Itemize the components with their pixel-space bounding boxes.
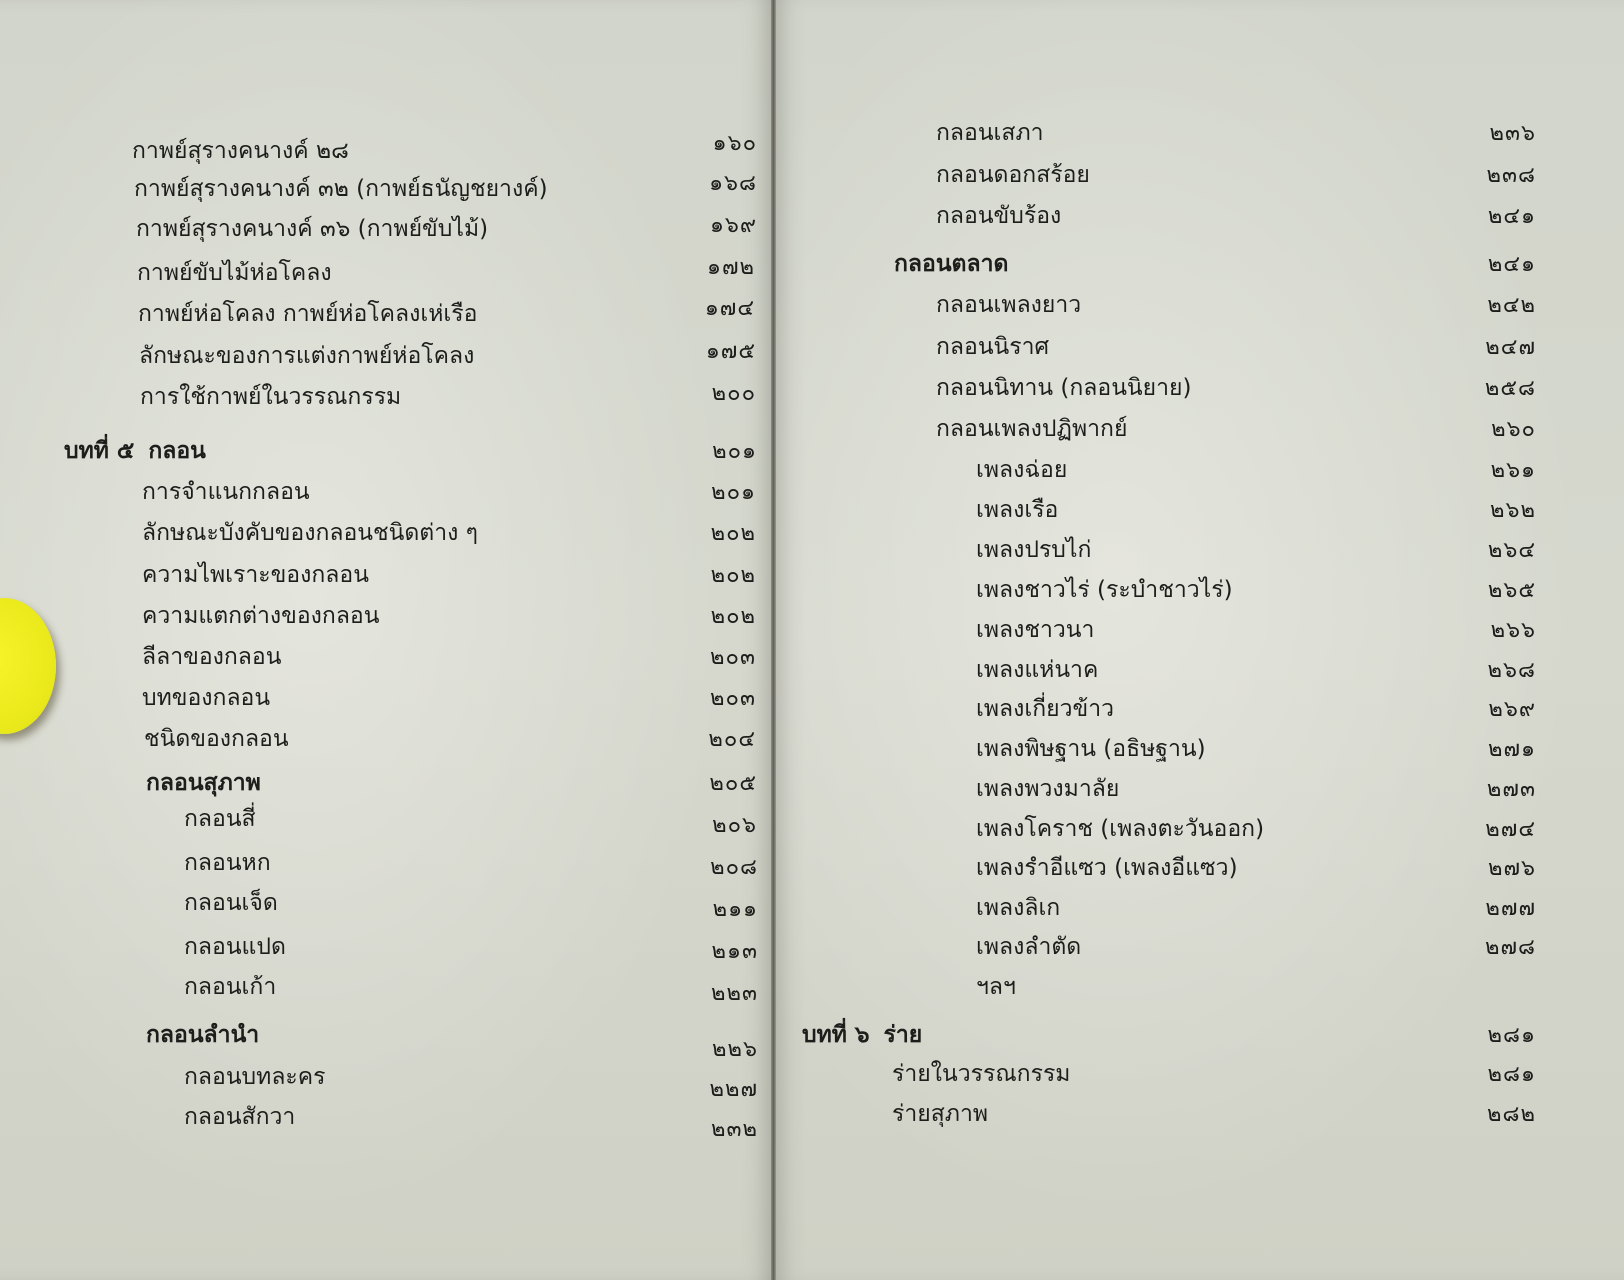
entry-page: ๒๐๑ xyxy=(712,437,757,467)
entry-page: ๒๔๗ xyxy=(1485,333,1536,363)
entry-page: ๒๖๔ xyxy=(1488,536,1536,566)
entry-title: กลอนเสภา xyxy=(936,118,1044,148)
toc-entry[interactable]: เพลงลิเก ๒๗๗ xyxy=(976,893,1536,924)
entry-page: ๒๐๓ xyxy=(710,684,756,714)
entry-page: ๑๖๐ xyxy=(713,129,757,159)
toc-entry[interactable]: กลอนเก้า ๒๒๓ xyxy=(184,978,758,1009)
entry-page: ๒๐๒ xyxy=(711,602,756,632)
entry-title: เพลงชาวไร่ (ระบำชาวไร่) xyxy=(976,575,1233,605)
chapter-title: ร่าย xyxy=(884,1020,923,1050)
entry-page: ๒๗๑ xyxy=(1488,735,1536,765)
entry-page: ๒๖๑ xyxy=(1491,456,1536,486)
toc-entry[interactable]: เพลงปรบไก่ ๒๖๔ xyxy=(976,535,1536,566)
entry-title: ลีลาของกลอน xyxy=(142,642,281,672)
entry-page: ๒๗๔ xyxy=(1485,815,1536,845)
toc-entry[interactable]: กลอนขับร้อง ๒๔๑ xyxy=(936,201,1536,232)
toc-section[interactable]: กลอนลำนำ ๒๒๖ xyxy=(146,1034,758,1065)
entry-page: ๒๖๐ xyxy=(1491,415,1536,445)
entry-title: การจำแนกกลอน xyxy=(142,477,310,507)
entry-title: ชนิดของกลอน xyxy=(144,724,289,754)
toc-entry[interactable]: กาพย์สุรางคนางค์ ๒๘ ๑๖๐ xyxy=(132,128,757,159)
entry-page: ๒๓๖ xyxy=(1489,119,1536,149)
entry-title: กลอนเก้า xyxy=(184,972,276,1002)
entry-page: ๒๐๖ xyxy=(712,811,757,841)
entry-title: กลอนนิราศ xyxy=(936,332,1049,362)
toc-entry[interactable]: กาพย์สุรางคนางค์ ๓๖ (กาพย์ขับไม้) ๑๖๙ xyxy=(136,210,757,241)
entry-page: ๒๓๘ xyxy=(1486,161,1536,191)
toc-section[interactable]: กลอนสุภาพ ๒๐๕ xyxy=(146,768,757,799)
entry-page: ๒๒๗ xyxy=(709,1075,758,1105)
entry-page: ๒๐๒ xyxy=(711,519,756,549)
entry-title: กลอนบทละคร xyxy=(184,1062,326,1092)
entry-page: ๒๐๓ xyxy=(710,643,756,673)
entry-title: กลอนขับร้อง xyxy=(936,201,1061,231)
entry-title: เพลงลำตัด xyxy=(976,932,1081,962)
entry-page: ๒๐๒ xyxy=(711,561,756,591)
entry-title: กลอนสี่ xyxy=(184,804,256,834)
toc-entry[interactable]: เพลงโคราช (เพลงตะวันออก) ๒๗๔ xyxy=(976,814,1536,845)
toc-entry[interactable]: กลอนหก ๒๐๘ xyxy=(184,852,758,883)
entry-page: ๒๒๖ xyxy=(712,1035,758,1065)
toc-entry[interactable]: กาพย์สุรางคนางค์ ๓๒ (กาพย์ธนัญชยางค์) ๑๖… xyxy=(134,168,757,199)
entry-page: ๒๐๕ xyxy=(709,769,757,799)
chapter-label: บทที่ ๕ xyxy=(64,438,134,464)
toc-section[interactable]: กลอนตลาด ๒๔๑ xyxy=(894,249,1536,280)
entry-title: กลอนเจ็ด xyxy=(184,888,278,918)
chapter-label: บทที่ ๖ xyxy=(802,1022,870,1048)
entry-page: ๒๑๑ xyxy=(713,895,758,925)
toc-entry[interactable]: กลอนสี่ ๒๐๖ xyxy=(184,810,757,841)
entry-title: เพลงพิษฐาน (อธิษฐาน) xyxy=(976,734,1206,764)
entry-title: กาพย์สุรางคนางค์ ๓๒ (กาพย์ธนัญชยางค์) xyxy=(134,174,548,204)
toc-entry[interactable]: ร่ายในวรรณกรรม ๒๘๑ xyxy=(892,1059,1536,1090)
entry-title: ลักษณะของการแต่งกาพย์ห่อโคลง xyxy=(139,341,474,371)
toc-entry[interactable]: กลอนบทละคร ๒๒๗ xyxy=(184,1074,758,1105)
entry-page: ๒๐๘ xyxy=(710,853,758,883)
entry-title: ความไพเราะของกลอน xyxy=(142,560,369,590)
toc-entry[interactable]: เพลงฉ่อย ๒๖๑ xyxy=(976,455,1536,486)
entry-title: ร่ายในวรรณกรรม xyxy=(892,1059,1070,1089)
bookmark-tab xyxy=(0,598,56,734)
entry-page: ๑๗๒ xyxy=(707,253,755,283)
entry-title: กลอนสักวา xyxy=(184,1102,295,1132)
entry-title: เพลงปรบไก่ xyxy=(976,535,1091,565)
entry-title: บทของกลอน xyxy=(142,683,270,713)
entry-page: ๑๖๘ xyxy=(709,169,757,199)
entry-title: เพลงลิเก xyxy=(976,893,1060,923)
entry-title: ความแตกต่างของกลอน xyxy=(142,601,379,631)
toc-entry[interactable]: กาพย์ขับไม้ห่อโคลง ๑๗๒ xyxy=(137,252,755,283)
toc-entry[interactable]: ลีลาของกลอน ๒๐๓ xyxy=(142,642,756,673)
toc-entry[interactable]: ร่ายสุภาพ ๒๘๒ xyxy=(892,1099,1536,1130)
entry-title: กลอนเพลงปฏิพากย์ xyxy=(936,414,1127,444)
entry-title: ลักษณะบังคับของกลอนชนิดต่าง ๆ xyxy=(142,518,478,548)
toc-entry-etc: ฯลฯ xyxy=(976,972,1536,1002)
entry-page: ๒๖๕ xyxy=(1488,576,1536,606)
entry-page: ๑๗๔ xyxy=(705,294,755,324)
entry-page: ๒๐๔ xyxy=(708,725,756,755)
entry-page: ๒๘๑ xyxy=(1488,1060,1536,1090)
toc-entry[interactable]: เพลงชาวไร่ (ระบำชาวไร่) ๒๖๕ xyxy=(976,575,1536,606)
toc-entry[interactable]: เพลงลำตัด ๒๗๘ xyxy=(976,932,1536,963)
toc-entry[interactable]: การใช้กาพย์ในวรรณกรรม ๒๐๐ xyxy=(140,378,756,409)
entry-page: ๒๑๓ xyxy=(711,937,758,967)
entry-title: กาพย์ขับไม้ห่อโคลง xyxy=(137,258,332,288)
toc-entry[interactable]: กลอนเพลงยาว ๒๔๒ xyxy=(936,290,1536,321)
entry-title: กลอนหก xyxy=(184,848,271,878)
entry-title: เพลงพวงมาลัย xyxy=(976,774,1119,804)
entry-title: เพลงรำอีแซว (เพลงอีแซว) xyxy=(976,853,1238,883)
entry-page: ๒๐๐ xyxy=(712,379,756,409)
entry-title: เพลงเรือ xyxy=(976,495,1058,525)
left-page: กาพย์สุรางคนางค์ ๒๘ ๑๖๐ กาพย์สุรางคนางค์… xyxy=(0,0,772,1280)
toc-entry[interactable]: กลอนนิราศ ๒๔๗ xyxy=(936,332,1536,363)
toc-chapter-6[interactable]: บทที่ ๖ร่าย ๒๘๑ xyxy=(802,1020,1536,1051)
entry-page: ๒๗๓ xyxy=(1487,775,1536,805)
toc-entry[interactable]: ชนิดของกลอน ๒๐๔ xyxy=(144,724,756,755)
entry-page: ๒๖๙ xyxy=(1488,695,1536,725)
right-page: กลอนเสภา ๒๓๖ กลอนดอกสร้อย ๒๓๘ กลอนขับร้อ… xyxy=(776,0,1624,1280)
toc-entry[interactable]: กลอนดอกสร้อย ๒๓๘ xyxy=(936,160,1536,191)
chapter-title: กลอน xyxy=(148,436,206,466)
entry-title: เพลงเกี่ยวข้าว xyxy=(976,694,1114,724)
entry-page: ๒๗๗ xyxy=(1485,894,1536,924)
entry-title: เพลงแห่นาค xyxy=(976,655,1098,685)
entry-title: กลอนนิทาน (กลอนนิยาย) xyxy=(936,373,1191,403)
entry-page: ๒๓๒ xyxy=(711,1115,758,1145)
toc-chapter-5[interactable]: บทที่ ๕กลอน ๒๐๑ xyxy=(64,436,757,467)
toc-entry[interactable]: ความไพเราะของกลอน ๒๐๒ xyxy=(142,560,756,591)
entry-title: เพลงชาวนา xyxy=(976,615,1094,645)
toc-entry[interactable]: ลักษณะของการแต่งกาพย์ห่อโคลง ๑๗๕ xyxy=(139,336,756,367)
toc-entry[interactable]: กลอนเสภา ๒๓๖ xyxy=(936,118,1536,149)
toc-entry[interactable]: เพลงแห่นาค ๒๖๘ xyxy=(976,655,1536,686)
entry-page: ๑๖๙ xyxy=(710,211,757,241)
toc-entry[interactable]: กลอนเพลงปฏิพากย์ ๒๖๐ xyxy=(936,414,1536,445)
entry-page: ๒๖๖ xyxy=(1491,616,1536,646)
entry-page: ๒๘๒ xyxy=(1487,1100,1536,1130)
toc-entry[interactable]: ลักษณะบังคับของกลอนชนิดต่าง ๆ ๒๐๒ xyxy=(142,518,756,549)
entry-title: เพลงฉ่อย xyxy=(976,455,1067,485)
entry-title: กาพย์สุรางคนางค์ ๒๘ xyxy=(132,136,349,166)
toc-entry[interactable]: การจำแนกกลอน ๒๐๑ xyxy=(142,477,756,508)
entry-title: กาพย์สุรางคนางค์ ๓๖ (กาพย์ขับไม้) xyxy=(136,214,488,244)
entry-page: ๒๒๓ xyxy=(711,979,758,1009)
toc-entry[interactable]: เพลงรำอีแซว (เพลงอีแซว) ๒๗๖ xyxy=(976,853,1536,884)
entry-page: ๒๔๑ xyxy=(1488,250,1536,280)
entry-page: ๒๘๑ xyxy=(1488,1021,1536,1051)
entry-page: ๒๖๘ xyxy=(1488,656,1536,686)
book-spread: กาพย์สุรางคนางค์ ๒๘ ๑๖๐ กาพย์สุรางคนางค์… xyxy=(0,0,1624,1280)
toc-entry[interactable]: กาพย์ห่อโคลง กาพย์ห่อโคลงเห่เรือ ๑๗๔ xyxy=(138,293,755,324)
toc-entry[interactable]: เพลงพิษฐาน (อธิษฐาน) ๒๗๑ xyxy=(976,734,1536,765)
entry-page: ๒๔๒ xyxy=(1487,291,1536,321)
entry-page: ๒๔๑ xyxy=(1488,202,1536,232)
entry-page: ๒๗๖ xyxy=(1488,854,1536,884)
toc-entry[interactable]: เพลงเกี่ยวข้าว ๒๖๙ xyxy=(976,694,1536,725)
entry-title: ร่ายสุภาพ xyxy=(892,1099,988,1129)
toc-entry[interactable]: บทของกลอน ๒๐๓ xyxy=(142,683,756,714)
etcetera-marker: ฯลฯ xyxy=(976,972,1016,1002)
toc-entry[interactable]: กลอนนิทาน (กลอนนิยาย) ๒๕๘ xyxy=(936,373,1536,404)
toc-entry[interactable]: เพลงเรือ ๒๖๒ xyxy=(976,495,1536,526)
entry-title: กลอนเพลงยาว xyxy=(936,290,1081,320)
toc-entry[interactable]: เพลงชาวนา ๒๖๖ xyxy=(976,615,1536,646)
toc-entry[interactable]: กลอนสักวา ๒๓๒ xyxy=(184,1114,758,1145)
toc-entry[interactable]: กลอนแปด ๒๑๓ xyxy=(184,936,758,967)
entry-page: ๒๖๒ xyxy=(1490,496,1536,526)
entry-page: ๒๕๘ xyxy=(1485,374,1536,404)
toc-entry[interactable]: กลอนเจ็ด ๒๑๑ xyxy=(184,894,758,925)
entry-page: ๒๗๘ xyxy=(1485,933,1536,963)
entry-page: ๑๗๕ xyxy=(706,337,756,367)
section-title: กลอนตลาด xyxy=(894,249,1008,279)
toc-entry[interactable]: ความแตกต่างของกลอน ๒๐๒ xyxy=(142,601,756,632)
entry-page: ๒๐๑ xyxy=(711,478,756,508)
section-title: กลอนลำนำ xyxy=(146,1020,259,1050)
toc-entry[interactable]: เพลงพวงมาลัย ๒๗๓ xyxy=(976,774,1536,805)
entry-title: กาพย์ห่อโคลง กาพย์ห่อโคลงเห่เรือ xyxy=(138,299,477,329)
entry-title: เพลงโคราช (เพลงตะวันออก) xyxy=(976,814,1264,844)
section-title: กลอนสุภาพ xyxy=(146,768,261,798)
entry-title: การใช้กาพย์ในวรรณกรรม xyxy=(140,382,401,412)
entry-title: กลอนแปด xyxy=(184,932,286,962)
entry-title: กลอนดอกสร้อย xyxy=(936,160,1090,190)
